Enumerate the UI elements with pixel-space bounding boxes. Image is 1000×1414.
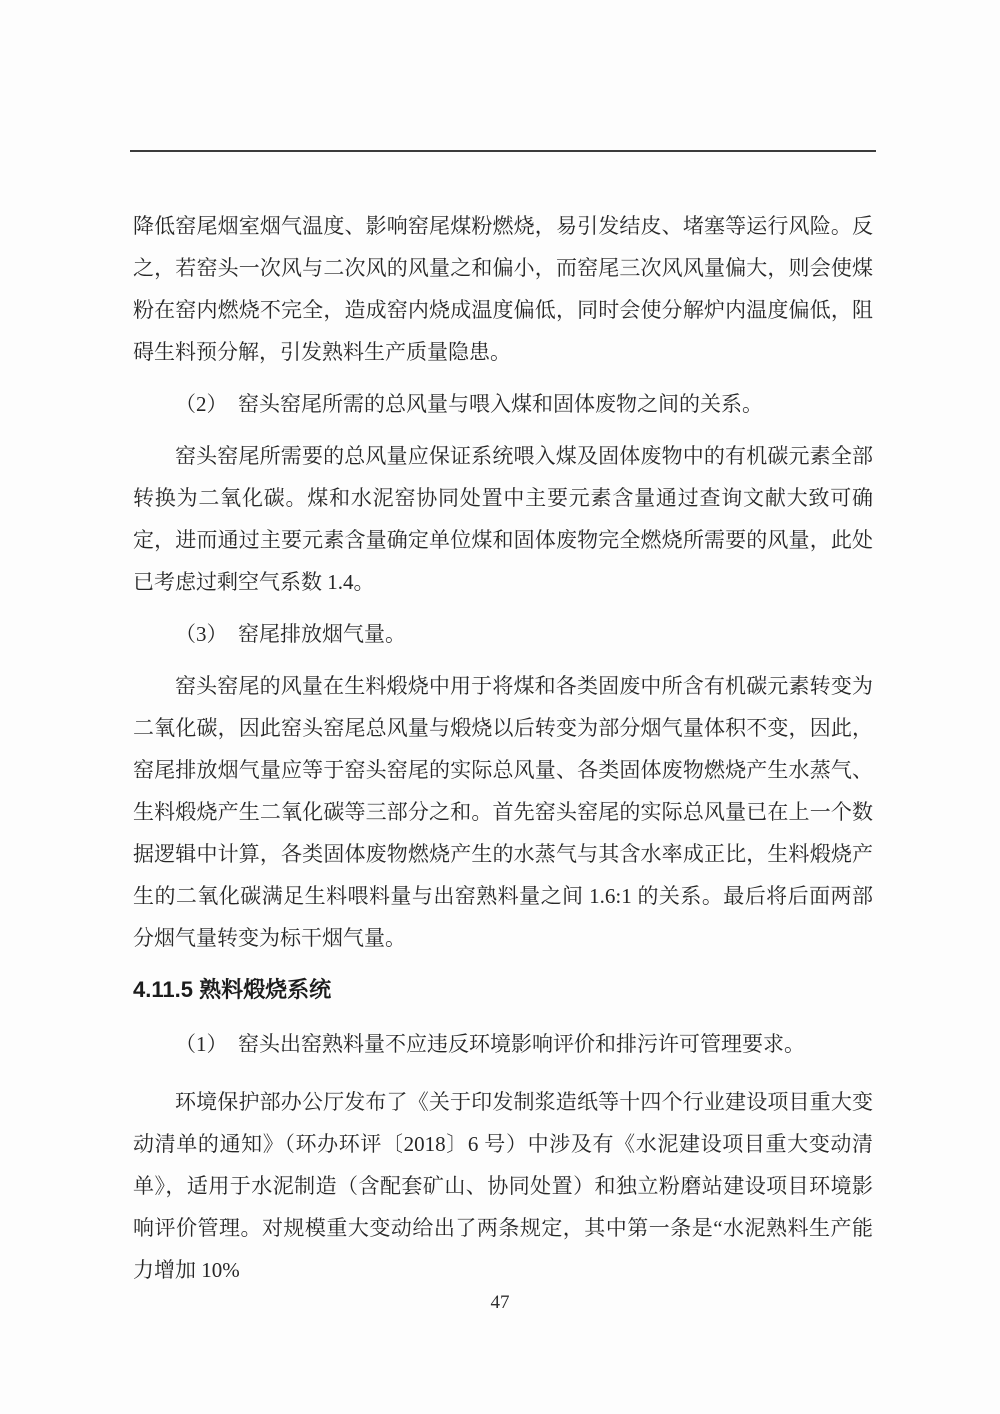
section-heading-4-11-5: 4.11.5 熟料煅烧系统 xyxy=(133,969,873,1011)
page-number: 47 xyxy=(0,1292,1000,1314)
header-rule xyxy=(130,150,876,152)
list-item-2: （2） 窑头窑尾所需的总风量与喂入煤和固体废物之间的关系。 xyxy=(133,383,873,425)
page-content: 降低窑尾烟室烟气温度、影响窑尾煤粉燃烧，易引发结皮、堵塞等运行风险。反之，若窑头… xyxy=(133,205,873,1301)
paragraph-continued: 降低窑尾烟室烟气温度、影响窑尾煤粉燃烧，易引发结皮、堵塞等运行风险。反之，若窑头… xyxy=(133,205,873,373)
paragraph-regulation: 环境保护部办公厅发布了《关于印发制浆造纸等十四个行业建设项目重大变动清单的通知》… xyxy=(133,1081,873,1291)
document-page: 降低窑尾烟室烟气温度、影响窑尾煤粉燃烧，易引发结皮、堵塞等运行风险。反之，若窑头… xyxy=(0,0,1000,1414)
paragraph-total-air-volume: 窑头窑尾所需要的总风量应保证系统喂入煤及固体废物中的有机碳元素全部转换为二氧化碳… xyxy=(133,435,873,603)
list-item-1: （1） 窑头出窑熟料量不应违反环境影响评价和排污许可管理要求。 xyxy=(133,1023,873,1065)
list-item-3: （3） 窑尾排放烟气量。 xyxy=(133,613,873,655)
paragraph-flue-gas: 窑头窑尾的风量在生料煅烧中用于将煤和各类固废中所含有机碳元素转变为二氧化碳，因此… xyxy=(133,665,873,959)
